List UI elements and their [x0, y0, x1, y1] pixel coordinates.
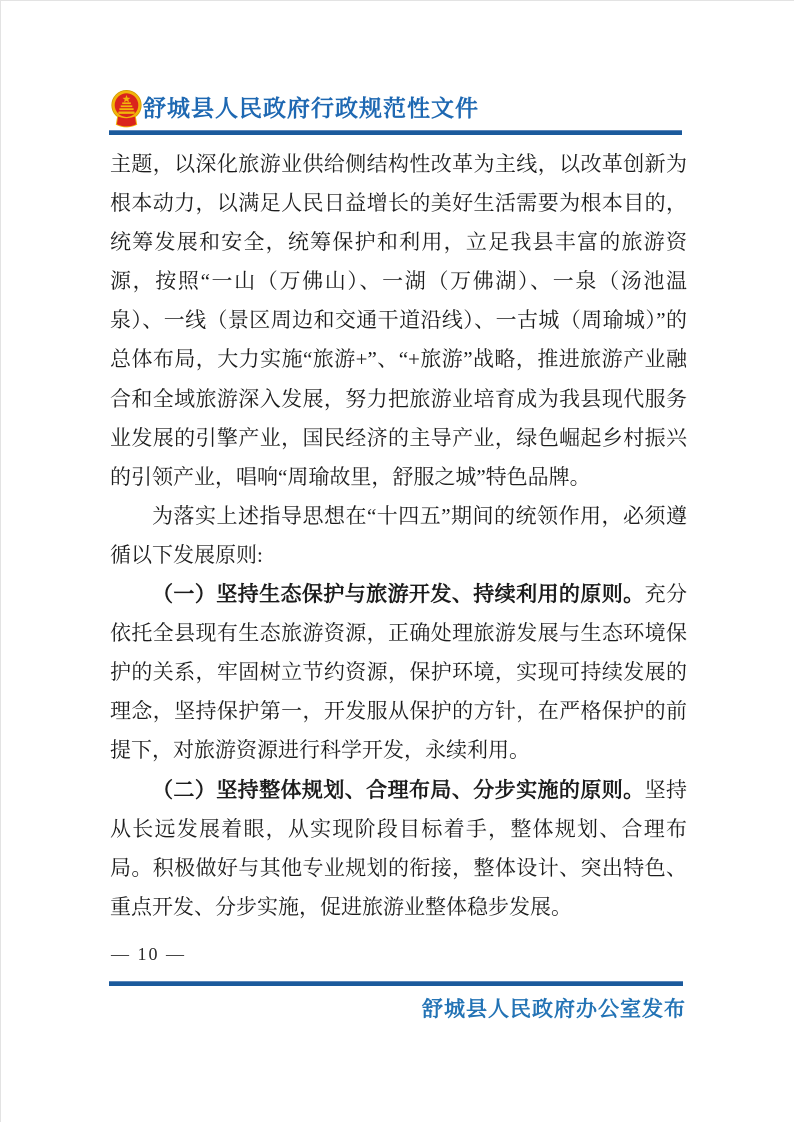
body-paragraph-3: （一）坚持生态保护与旅游开发、持续利用的原则。充分依托全县现有生态旅游资源，正确… [110, 575, 687, 770]
header-rule [109, 130, 682, 135]
paragraph-text: 为落实上述指导思想在“十四五”期间的统领作用，必须遵循以下发展原则: [110, 504, 687, 567]
china-national-emblem-icon [111, 89, 142, 129]
page-header: 舒城县人民政府行政规范性文件 [109, 87, 685, 135]
page-number: — 10 — [111, 944, 186, 965]
paragraph-bold-lead: （一）坚持生态保护与旅游开发、持续利用的原则。 [152, 582, 645, 606]
paragraph-text: 充分依托全县现有生态旅游资源，正确处理旅游发展与生态环境保护的关系，牢固树立节约… [110, 582, 687, 762]
body-paragraph-2: 为落实上述指导思想在“十四五”期间的统领作用，必须遵循以下发展原则: [110, 497, 687, 575]
paragraph-text: 主题，以深化旅游业供给侧结构性改革为主线，以改革创新为根本动力，以满足人民日益增… [110, 152, 687, 489]
footer-rule [109, 981, 683, 986]
body-paragraph-1: 主题，以深化旅游业供给侧结构性改革为主线，以改革创新为根本动力，以满足人民日益增… [110, 145, 687, 497]
document-body: 主题，以深化旅游业供给侧结构性改革为主线，以改革创新为根本动力，以满足人民日益增… [110, 145, 687, 927]
body-paragraph-4: （二）坚持整体规划、合理布局、分步实施的原则。坚持从长远发展着眼，从实现阶段目标… [110, 771, 687, 927]
header-title: 舒城县人民政府行政规范性文件 [143, 90, 479, 123]
paragraph-bold-lead: （二）坚持整体规划、合理布局、分步实施的原则。 [152, 778, 645, 802]
document-page: 舒城县人民政府行政规范性文件 主题，以深化旅游业供给侧结构性改革为主线，以改革创… [0, 0, 794, 1122]
footer-publisher: 舒城县人民政府办公室发布 [109, 993, 686, 1023]
